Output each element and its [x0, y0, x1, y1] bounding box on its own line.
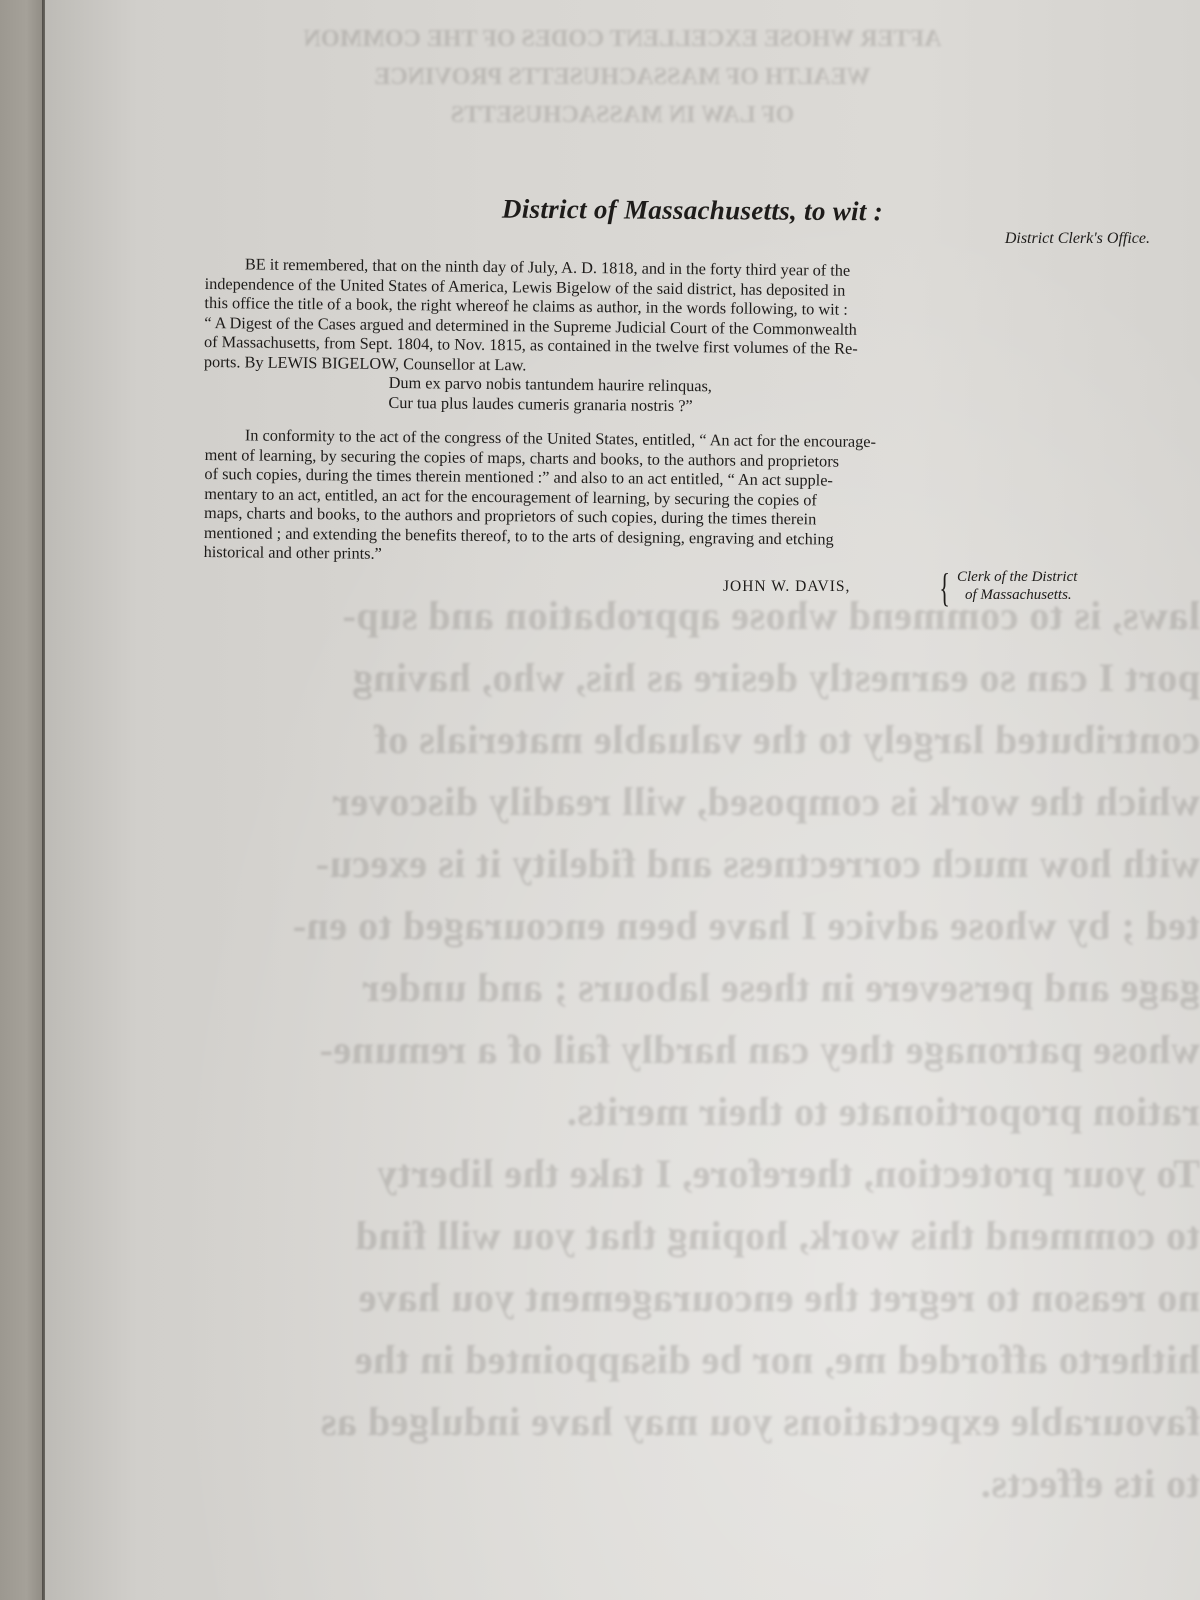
clerks-office-label: District Clerk's Office. — [205, 230, 1150, 248]
brace-icon: { — [939, 568, 950, 608]
page-gutter — [0, 0, 44, 1600]
clerk-title: Clerk of the District of Massachusetts. — [957, 568, 1077, 604]
deposit-paragraph: BE it remembered, that on the ninth day … — [203, 254, 1150, 421]
conformity-paragraph: In conformity to the act of the congress… — [204, 425, 1150, 571]
notice-heading: District of Massachusetts, to wit : — [235, 192, 1150, 229]
clerk-name: JOHN W. DAVIS, — [723, 578, 850, 596]
copyright-notice: District of Massachusetts, to wit : Dist… — [205, 195, 1150, 608]
clerk-title-line: of Massachusetts. — [957, 586, 1077, 604]
clerk-signature: JOHN W. DAVIS, { Clerk of the District o… — [205, 566, 1150, 608]
clerk-title-line: Clerk of the District — [957, 568, 1077, 586]
